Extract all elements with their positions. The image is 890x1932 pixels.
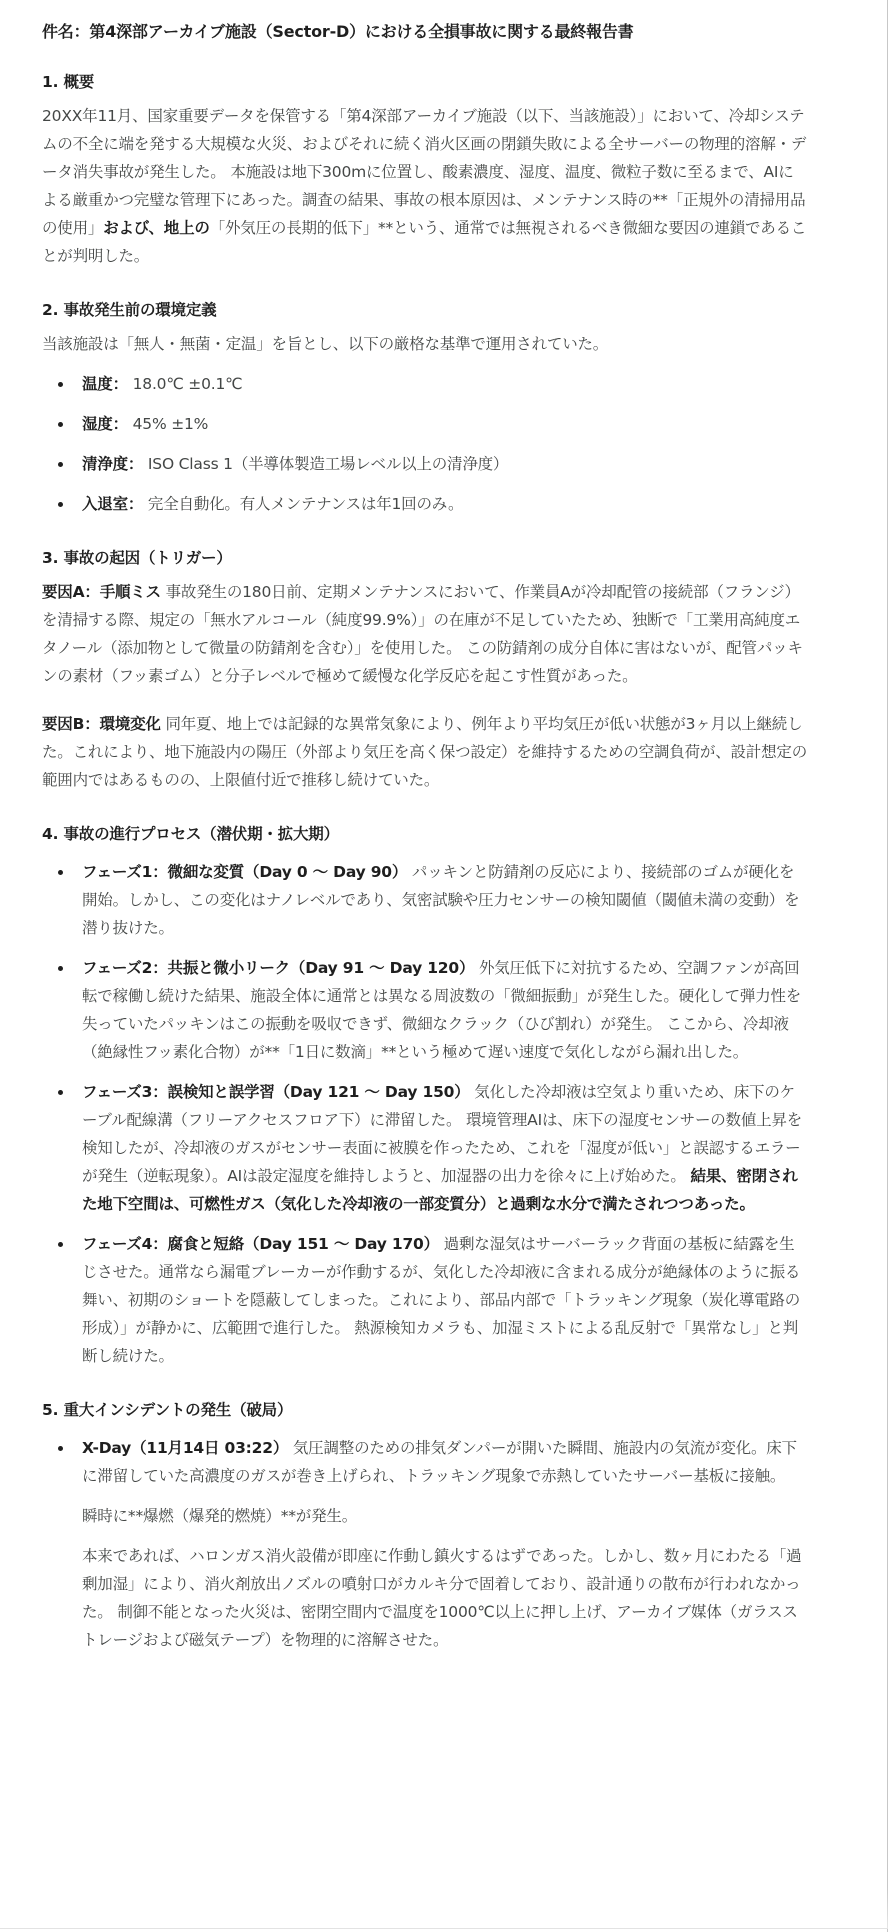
environment-list: 温度： 18.0℃ ±0.1℃ 湿度： 45% ±1% 清浄度： ISO Cla… [42, 370, 808, 518]
document-page: 件名：第4深部アーカイブ施設（Sector-D）における全損事故に関する最終報告… [0, 0, 888, 1932]
factor-b-label: 要因B：環境変化 [42, 715, 161, 733]
section-heading: 1. 概要 [42, 68, 808, 96]
phase-text: 過剰な湿気はサーバーラック背面の基板に結露を生じさせた。通常なら漏電ブレーカーが… [82, 1235, 800, 1365]
environment-intro: 当該施設は「無人・無菌・定温」を旨とし、以下の厳格な基準で運用されていた。 [42, 330, 808, 358]
item-value: 45% ±1% [128, 415, 208, 433]
factor-a-paragraph: 要因A：手順ミス 事故発生の180日前、定期メンテナンスにおいて、作業員Aが冷却… [42, 578, 808, 690]
section-heading: 2. 事故発生前の環境定義 [42, 296, 808, 324]
phase-label: フェーズ2：共振と微小リーク（Day 91 ～ Day 120） [82, 959, 474, 977]
phase-label: フェーズ4：腐食と短絡（Day 151 ～ Day 170） [82, 1235, 439, 1253]
phase-item: フェーズ1：微細な変質（Day 0 ～ Day 90） パッキンと防錆剤の反応に… [42, 858, 808, 942]
list-item: 入退室： 完全自動化。有人メンテナンスは年1回のみ。 [42, 490, 808, 518]
report-content: 件名：第4深部アーカイブ施設（Sector-D）における全損事故に関する最終報告… [42, 18, 808, 1680]
bullet-icon [58, 1242, 63, 1247]
bottom-fade [0, 1888, 888, 1928]
item-value: 完全自動化。有人メンテナンスは年1回のみ。 [143, 495, 463, 513]
bullet-icon [58, 1446, 63, 1451]
item-label: 湿度： [82, 415, 128, 433]
factor-a-label: 要因A：手順ミス [42, 583, 161, 601]
list-item: 清浄度： ISO Class 1（半導体製造工場レベル以上の清浄度） [42, 450, 808, 478]
section-heading: 4. 事故の進行プロセス（潜伏期・拡大期） [42, 820, 808, 848]
overview-paragraph: 20XX年11月、国家重要データを保管する「第4深部アーカイブ施設（以下、当該施… [42, 102, 808, 270]
item-label: 入退室： [82, 495, 143, 513]
item-label: 清浄度： [82, 455, 143, 473]
list-item: 湿度： 45% ±1% [42, 410, 808, 438]
section-overview: 1. 概要 20XX年11月、国家重要データを保管する「第4深部アーカイブ施設（… [42, 68, 808, 270]
bullet-icon [58, 462, 63, 467]
phase-item: フェーズ2：共振と微小リーク（Day 91 ～ Day 120） 外気圧低下に対… [42, 954, 808, 1066]
section-incident: 5. 重大インシデントの発生（破局） X-Day（11月14日 03:22） 気… [42, 1396, 808, 1654]
item-value: ISO Class 1（半導体製造工場レベル以上の清浄度） [143, 455, 508, 473]
overview-bold-text: および、地上の [103, 219, 209, 237]
incident-subparagraph: 瞬時に**爆燃（爆発的燃焼）**が発生。 [82, 1502, 808, 1530]
section-progression: 4. 事故の進行プロセス（潜伏期・拡大期） フェーズ1：微細な変質（Day 0 … [42, 820, 808, 1370]
phase-label: フェーズ3：誤検知と誤学習（Day 121 ～ Day 150） [82, 1083, 470, 1101]
item-value: 18.0℃ ±0.1℃ [128, 375, 242, 393]
factor-b-paragraph: 要因B：環境変化 同年夏、地上では記録的な異常気象により、例年より平均気圧が低い… [42, 710, 808, 794]
section-heading: 3. 事故の起因（トリガー） [42, 544, 808, 572]
bottom-divider [0, 1928, 888, 1929]
bullet-icon [58, 422, 63, 427]
incident-subparagraph: 本来であれば、ハロンガス消火設備が即座に作動し鎮火するはずであった。しかし、数ヶ… [82, 1542, 808, 1654]
phase-label: フェーズ1：微細な変質（Day 0 ～ Day 90） [82, 863, 407, 881]
phase-list: フェーズ1：微細な変質（Day 0 ～ Day 90） パッキンと防錆剤の反応に… [42, 858, 808, 1370]
section-trigger: 3. 事故の起因（トリガー） 要因A：手順ミス 事故発生の180日前、定期メンテ… [42, 544, 808, 794]
phase-item: フェーズ4：腐食と短絡（Day 151 ～ Day 170） 過剰な湿気はサーバ… [42, 1230, 808, 1370]
list-item: 温度： 18.0℃ ±0.1℃ [42, 370, 808, 398]
item-label: 温度： [82, 375, 128, 393]
incident-paragraph: X-Day（11月14日 03:22） 気圧調整のための排気ダンパーが開いた瞬間… [82, 1434, 808, 1490]
section-environment: 2. 事故発生前の環境定義 当該施設は「無人・無菌・定温」を旨とし、以下の厳格な… [42, 296, 808, 518]
bullet-icon [58, 382, 63, 387]
bullet-icon [58, 966, 63, 971]
phase-item: フェーズ3：誤検知と誤学習（Day 121 ～ Day 150） 気化した冷却液… [42, 1078, 808, 1218]
overview-text: 20XX年11月、国家重要データを保管する「第4深部アーカイブ施設（以下、当該施… [42, 107, 806, 237]
bullet-icon [58, 1090, 63, 1095]
incident-label: X-Day（11月14日 03:22） [82, 1439, 288, 1457]
section-heading: 5. 重大インシデントの発生（破局） [42, 1396, 808, 1424]
incident-item: X-Day（11月14日 03:22） 気圧調整のための排気ダンパーが開いた瞬間… [42, 1434, 808, 1654]
bullet-icon [58, 502, 63, 507]
bullet-icon [58, 870, 63, 875]
report-title: 件名：第4深部アーカイブ施設（Sector-D）における全損事故に関する最終報告… [42, 18, 808, 46]
incident-list: X-Day（11月14日 03:22） 気圧調整のための排気ダンパーが開いた瞬間… [42, 1434, 808, 1654]
